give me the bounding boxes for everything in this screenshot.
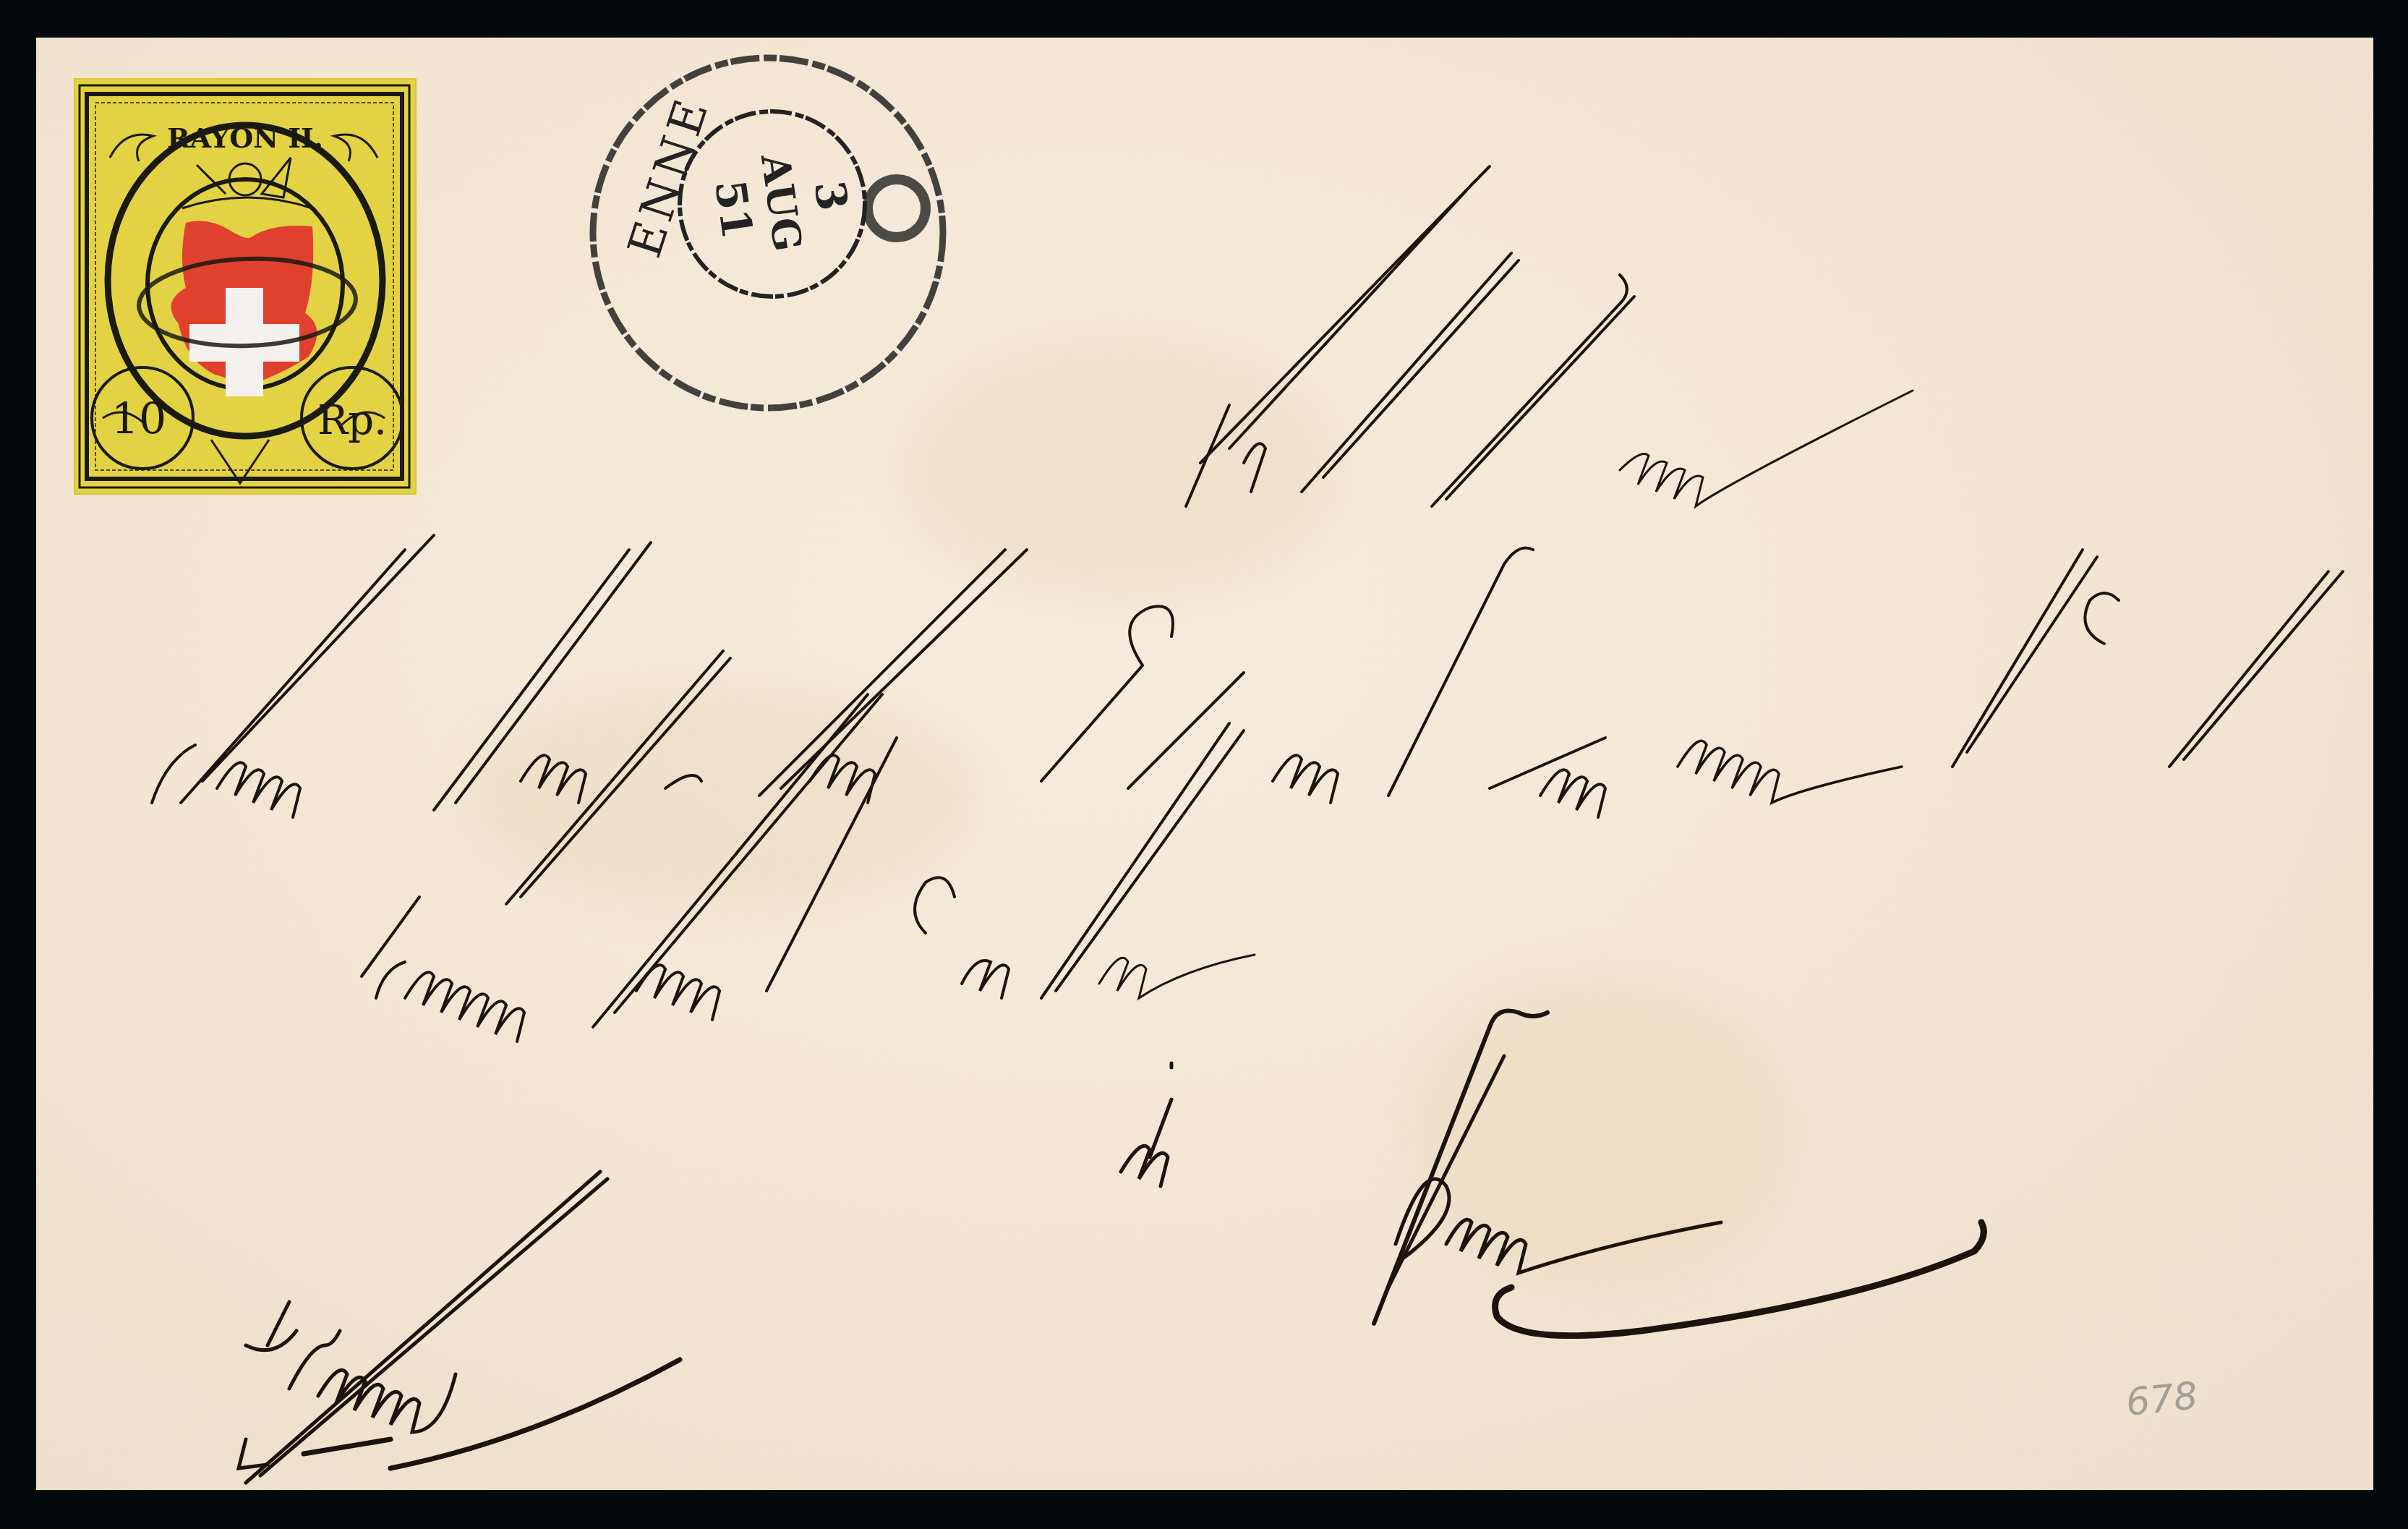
stamp-currency: Rp.: [317, 397, 387, 444]
pencil-note: 678: [2124, 1374, 2200, 1425]
postmark-town: ENNE: [618, 90, 720, 264]
stamp-value: 10: [111, 394, 166, 445]
stamp-design: RAYON II. 10 Rp.: [74, 78, 417, 495]
stamp-top-text: RAYON II.: [167, 122, 323, 154]
postmark-day: 3: [805, 178, 858, 213]
postmark: ENNE 3 AUG 51: [578, 43, 998, 463]
postmark-year: 51: [705, 177, 762, 242]
postmark-month: AUG: [752, 150, 811, 255]
postage-stamp: RAYON II. 10 Rp.: [74, 78, 417, 495]
